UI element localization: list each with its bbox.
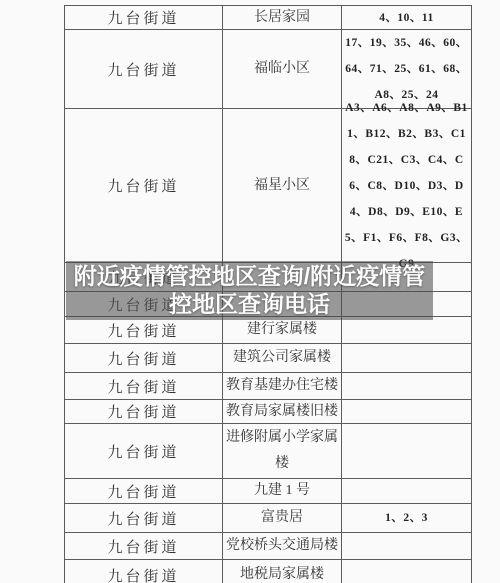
community-cell: 教育局家属楼旧楼 xyxy=(223,400,342,423)
community-cell: 长居家园 xyxy=(223,6,342,29)
street-cell: 九台街道 xyxy=(65,424,223,478)
community-cell: 富贵居 xyxy=(223,504,342,532)
street-cell: 九台街道 xyxy=(65,109,223,262)
units-cell: A3、A6、A8、A9、B11、B12、B2、B3、C18、C21、C3、C4、… xyxy=(342,109,471,262)
community-cell: 九建 1 号 xyxy=(223,479,342,503)
screenshot-root: 九台街道 长居家园 4、10、11 九台街道 福临小区 17、19、35、46、… xyxy=(0,0,500,583)
table-row: 九台街道 地税局家属楼 xyxy=(65,560,471,583)
community-cell: 建筑公司家属楼 xyxy=(223,344,342,372)
street-cell: 九台街道 xyxy=(65,317,223,343)
units-cell: 1、2、3 xyxy=(342,504,471,532)
table-row: 九台街道 进修附属小学家属楼 xyxy=(65,424,471,479)
units-cell xyxy=(342,479,471,503)
community-cell: 地税局家属楼 xyxy=(223,560,342,583)
community-cell: 建行家属楼 xyxy=(223,317,342,343)
street-cell: 九台街道 xyxy=(65,560,223,583)
table-row: 九台街道 建行家属楼 xyxy=(65,317,471,344)
units-cell xyxy=(342,424,471,478)
units-cell xyxy=(342,533,471,559)
units-cell: 4、10、11 xyxy=(342,6,471,29)
units-cell xyxy=(342,344,471,372)
overlay-title-line2: 控地区查询电话 xyxy=(169,291,330,319)
street-cell: 九台街道 xyxy=(65,533,223,559)
table-row: 九台街道 九建 1 号 xyxy=(65,479,471,504)
street-cell: 九台街道 xyxy=(65,6,223,29)
community-cell: 福临小区 xyxy=(223,30,342,108)
overlay-title-line1: 附近疫情管控地区查询/附近疫情管 xyxy=(74,263,425,291)
table-row: 九台街道 福星小区 A3、A6、A8、A9、B11、B12、B2、B3、C18、… xyxy=(65,109,471,263)
street-cell: 九台街道 xyxy=(65,479,223,503)
community-cell: 教育基建办住宅楼 xyxy=(223,373,342,399)
units-cell xyxy=(342,560,471,583)
table-row: 九台街道 富贵居 1、2、3 xyxy=(65,504,471,533)
table-row: 九台街道 建筑公司家属楼 xyxy=(65,344,471,373)
table-row: 九台街道 党校桥头交通局楼 xyxy=(65,533,471,560)
street-cell: 九台街道 xyxy=(65,344,223,372)
street-cell: 九台街道 xyxy=(65,30,223,108)
community-cell: 党校桥头交通局楼 xyxy=(223,533,342,559)
units-cell xyxy=(342,373,471,399)
overlay-title-banner: 附近疫情管控地区查询/附近疫情管 控地区查询电话 xyxy=(66,261,433,320)
community-cell: 进修附属小学家属楼 xyxy=(223,424,342,478)
units-cell xyxy=(342,317,471,343)
table-row: 九台街道 长居家园 4、10、11 xyxy=(65,6,471,30)
table-row: 九台街道 教育局家属楼旧楼 xyxy=(65,400,471,424)
community-cell: 福星小区 xyxy=(223,109,342,262)
units-cell xyxy=(342,400,471,423)
street-cell: 九台街道 xyxy=(65,504,223,532)
street-cell: 九台街道 xyxy=(65,373,223,399)
street-cell: 九台街道 xyxy=(65,400,223,423)
table-row: 九台街道 教育基建办住宅楼 xyxy=(65,373,471,400)
